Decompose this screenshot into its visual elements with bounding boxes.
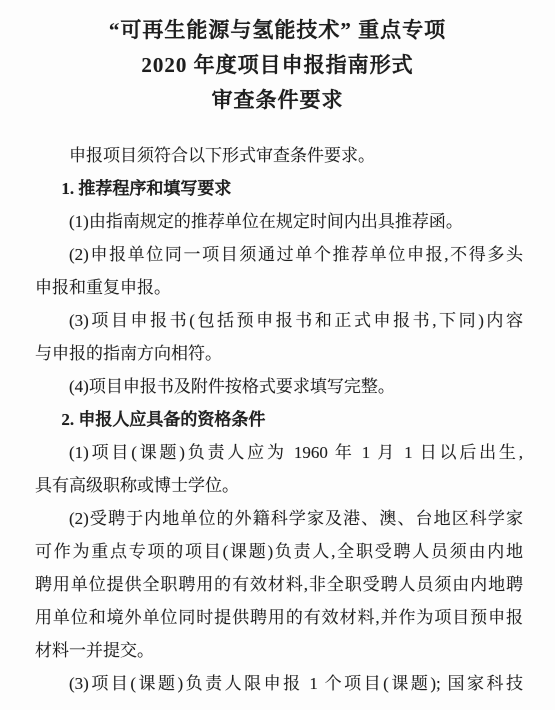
document-line: (2)申报单位同一项目须通过单个推荐单位申报,不得多头: [35, 238, 523, 271]
document-line: (3)项目申报书(包括预申报书和正式申报书,下同)内容: [35, 304, 523, 337]
document-title: “可再生能源与氢能技术” 重点专项 2020 年度项目申报指南形式 审查条件要求: [0, 0, 555, 118]
document-line: (1)由指南规定的推荐单位在规定时间内出具推荐函。: [35, 205, 523, 238]
document-line: 具有高级职称或博士学位。: [35, 469, 523, 502]
document-body: 申报项目须符合以下形式审查条件要求。 1. 推荐程序和填写要求 (1)由指南规定…: [35, 139, 523, 700]
document-title-line-3: 审查条件要求: [0, 83, 555, 118]
document-line: 用单位和境外单位同时提供聘用的有效材料,并作为项目预申报: [35, 601, 523, 634]
document-line: 与申报的指南方向相符。: [35, 337, 523, 370]
section-heading-2: 2. 申报人应具备的资格条件: [35, 403, 523, 436]
section-heading-1: 1. 推荐程序和填写要求: [35, 172, 523, 205]
document-line: 申报项目须符合以下形式审查条件要求。: [35, 139, 523, 172]
document-line: 聘用单位提供全职聘用的有效材料,非全职受聘人员须由内地聘: [35, 568, 523, 601]
document-line: (4)项目申报书及附件按格式要求填写完整。: [35, 370, 523, 403]
document-line: (2)受聘于内地单位的外籍科学家及港、澳、台地区科学家: [35, 502, 523, 535]
document-line: (3)项目(课题)负责人限申报 1 个项目(课题); 国家科技: [35, 667, 523, 700]
document-line: 申报和重复申报。: [35, 271, 523, 304]
document-line: (1)项目(课题)负责人应为 1960 年 1 月 1 日以后出生,: [35, 436, 523, 469]
document-title-line-2: 2020 年度项目申报指南形式: [0, 48, 555, 83]
document-line: 材料一并提交。: [35, 634, 523, 667]
document-title-line-1: “可再生能源与氢能技术” 重点专项: [0, 13, 555, 48]
document-page: “可再生能源与氢能技术” 重点专项 2020 年度项目申报指南形式 审查条件要求…: [0, 0, 555, 710]
document-line: 可作为重点专项的项目(课题)负责人,全职受聘人员须由内地: [35, 535, 523, 568]
